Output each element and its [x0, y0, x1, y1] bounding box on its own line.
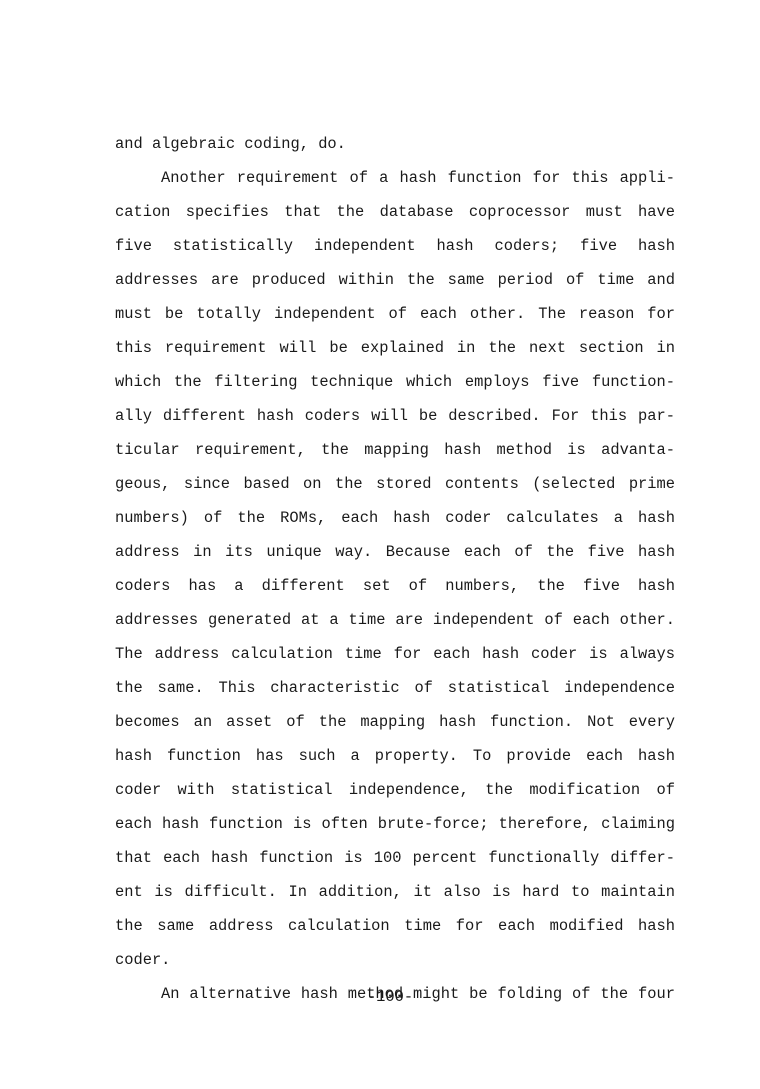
- text-line: and algebraic coding, do.: [115, 134, 675, 154]
- text-line: geous, since based on the stored content…: [115, 474, 675, 494]
- text-line: five statistically independent hash code…: [115, 236, 675, 256]
- text-line: must be totally independent of each othe…: [115, 304, 675, 324]
- text-line: coder with statistical independence, the…: [115, 780, 675, 800]
- text-line: The address calculation time for each ha…: [115, 644, 675, 664]
- text-line: hash function has such a property. To pr…: [115, 746, 675, 766]
- text-line: each hash function is often brute-force;…: [115, 814, 675, 834]
- text-line: addresses are produced within the same p…: [115, 270, 675, 290]
- text-line: coder.: [115, 950, 675, 970]
- text-line: which the filtering technique which empl…: [115, 372, 675, 392]
- document-page: and algebraic coding, do.Another require…: [0, 0, 760, 1089]
- text-line: addresses generated at a time are indepe…: [115, 610, 675, 630]
- text-line: this requirement will be explained in th…: [115, 338, 675, 358]
- text-line: the same. This characteristic of statist…: [115, 678, 675, 698]
- text-line: Another requirement of a hash function f…: [161, 168, 675, 188]
- text-line: that each hash function is 100 percent f…: [115, 848, 675, 868]
- text-line: becomes an asset of the mapping hash fun…: [115, 712, 675, 732]
- text-line: coders has a different set of numbers, t…: [115, 576, 675, 596]
- text-line: ent is difficult. In addition, it also i…: [115, 882, 675, 902]
- text-line: ticular requirement, the mapping hash me…: [115, 440, 675, 460]
- page-number: -100-: [0, 987, 760, 1007]
- text-line: address in its unique way. Because each …: [115, 542, 675, 562]
- text-line: the same address calculation time for ea…: [115, 916, 675, 936]
- text-line: numbers) of the ROMs, each hash coder ca…: [115, 508, 675, 528]
- text-line: ally different hash coders will be descr…: [115, 406, 675, 426]
- text-line: cation specifies that the database copro…: [115, 202, 675, 222]
